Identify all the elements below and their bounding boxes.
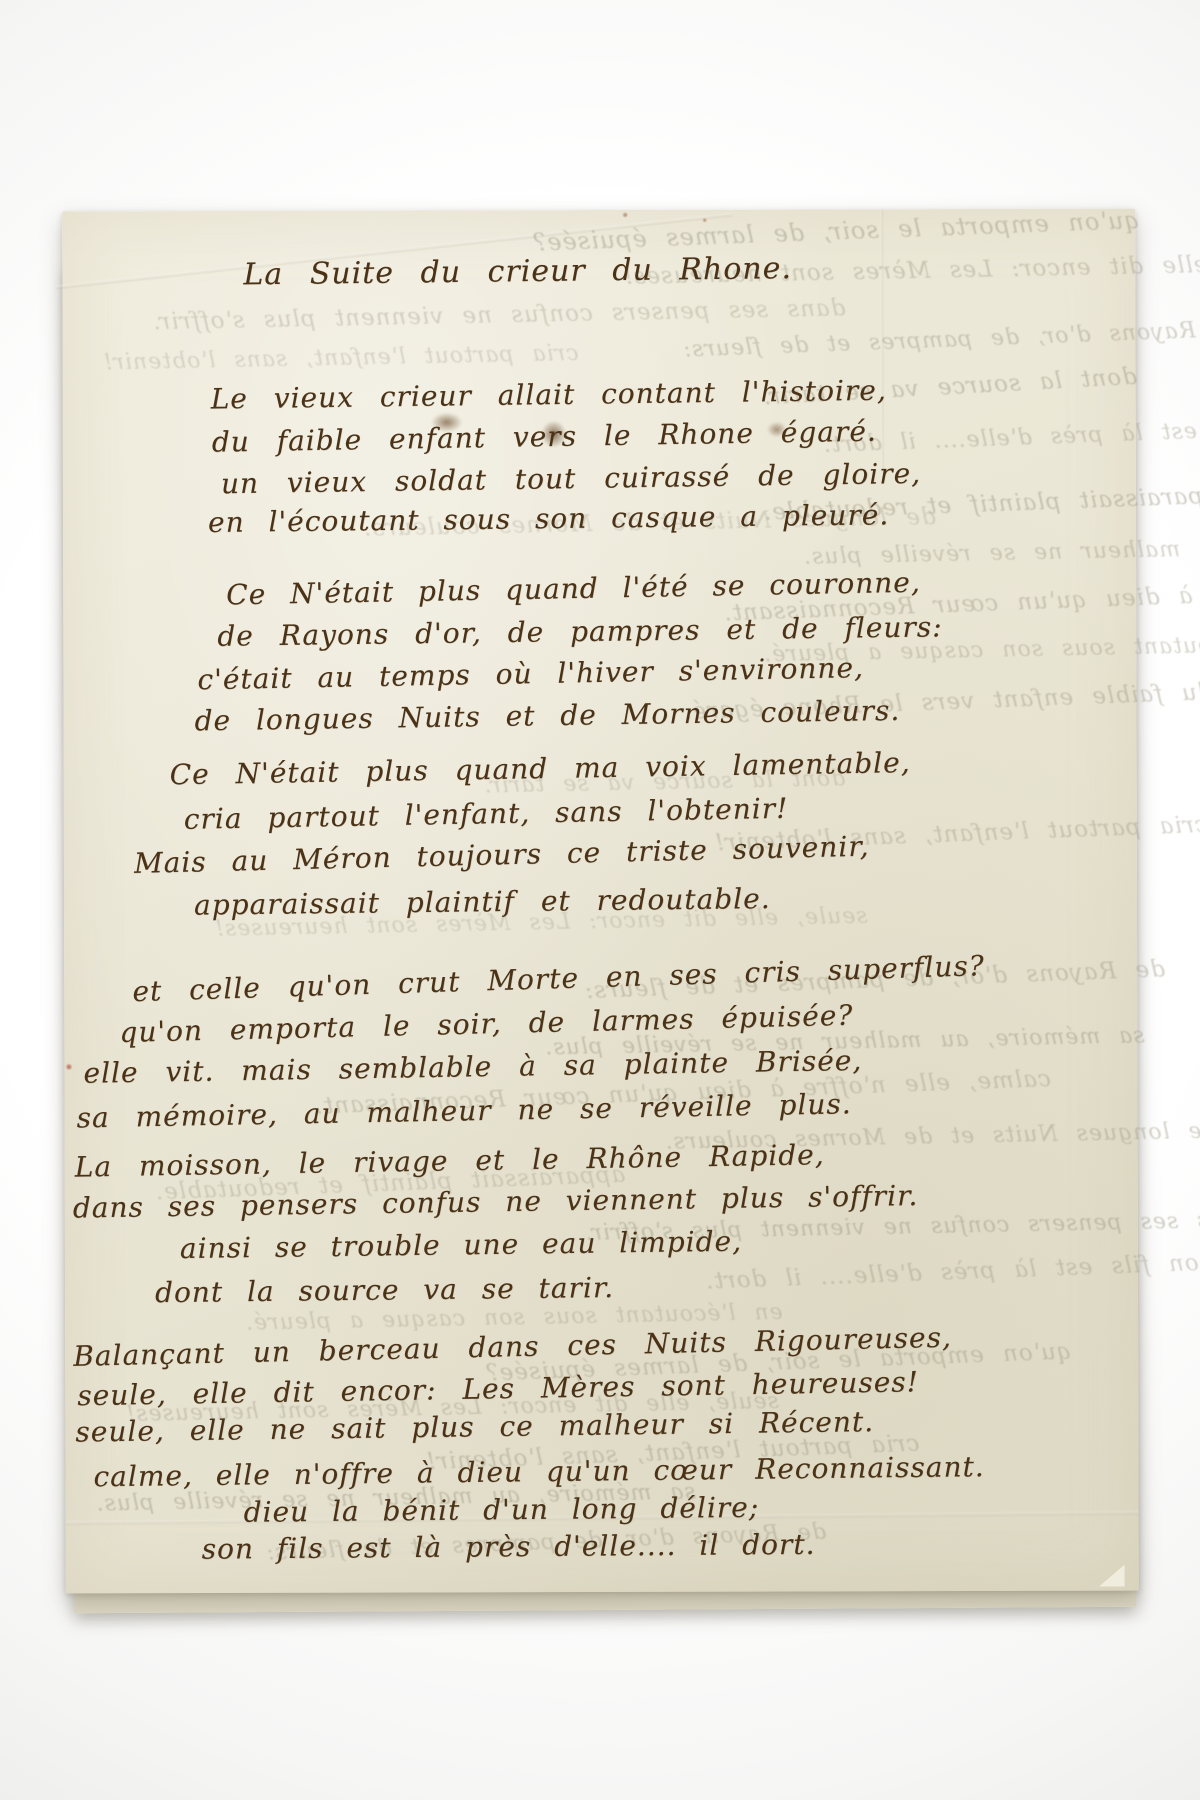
manuscript-line: seule, elle ne sait plus ce malheur si R…	[75, 1405, 874, 1448]
manuscript-page: qu'on emporta le soir, de larmes épuisée…	[62, 209, 1139, 1594]
manuscript-line: Ce N'était plus quand l'été se couronne,	[226, 566, 921, 612]
manuscript-line: de longues Nuits et de Mornes couleurs.	[194, 694, 900, 737]
photograph-background: qu'on emporta le soir, de larmes épuisée…	[0, 0, 1200, 1800]
manuscript-line: un vieux soldat tout cuirassé de gloire,	[221, 457, 922, 500]
manuscript-line: c'était au temps où l'hiver s'environne,	[197, 651, 864, 696]
manuscript-line: Le vieux crieur allait contant l'histoir…	[210, 374, 886, 416]
manuscript-line: elle vit. mais semblable à sa plainte Br…	[83, 1044, 862, 1090]
manuscript-line: qu'on emporta le soir, de larmes épuisée…	[119, 999, 854, 1049]
manuscript-line: Balançant un berceau dans ces Nuits Rigo…	[73, 1321, 952, 1373]
manuscript-line: apparaissait plaintif et redoutable.	[194, 882, 771, 922]
manuscript-line: dieu la bénit d'un long délire;	[243, 1491, 759, 1529]
manuscript-line: La moisson, le rivage et le Rhône Rapide…	[74, 1138, 824, 1183]
handwriting-layer: La Suite du crieur du Rhone. Le vieux cr…	[62, 209, 1139, 1594]
manuscript-line: calme, elle n'offre à dieu qu'un cœur Re…	[93, 1450, 985, 1493]
manuscript-line: ainsi se trouble une eau limpide,	[180, 1225, 742, 1265]
manuscript-line: et celle qu'on crut Morte en ses cris su…	[132, 949, 985, 1008]
manuscript-line: du faible enfant vers le Rhone égaré.	[212, 415, 878, 459]
manuscript-line: cria partout l'enfant, sans l'obtenir!	[184, 792, 789, 836]
manuscript-line: dans ses pensers confus ne viennent plus…	[73, 1179, 919, 1225]
manuscript-line: son fils est là près d'elle.... il dort.	[202, 1528, 816, 1566]
manuscript-line: Mais au Méron toujours ce triste souveni…	[134, 830, 870, 880]
manuscript-line: dont la source va se tarir.	[155, 1271, 614, 1309]
manuscript-line: de Rayons d'or, de pampres et de fleurs:	[217, 610, 943, 652]
manuscript-line: Ce N'était plus quand ma voix lamentable…	[169, 746, 910, 791]
manuscript-line: sa mémoire, au malheur ne se réveille pl…	[76, 1087, 852, 1134]
manuscript-title: La Suite du crieur du Rhone.	[243, 251, 792, 292]
manuscript-line: en l'écoutant sous son casque a pleuré.	[208, 498, 890, 539]
